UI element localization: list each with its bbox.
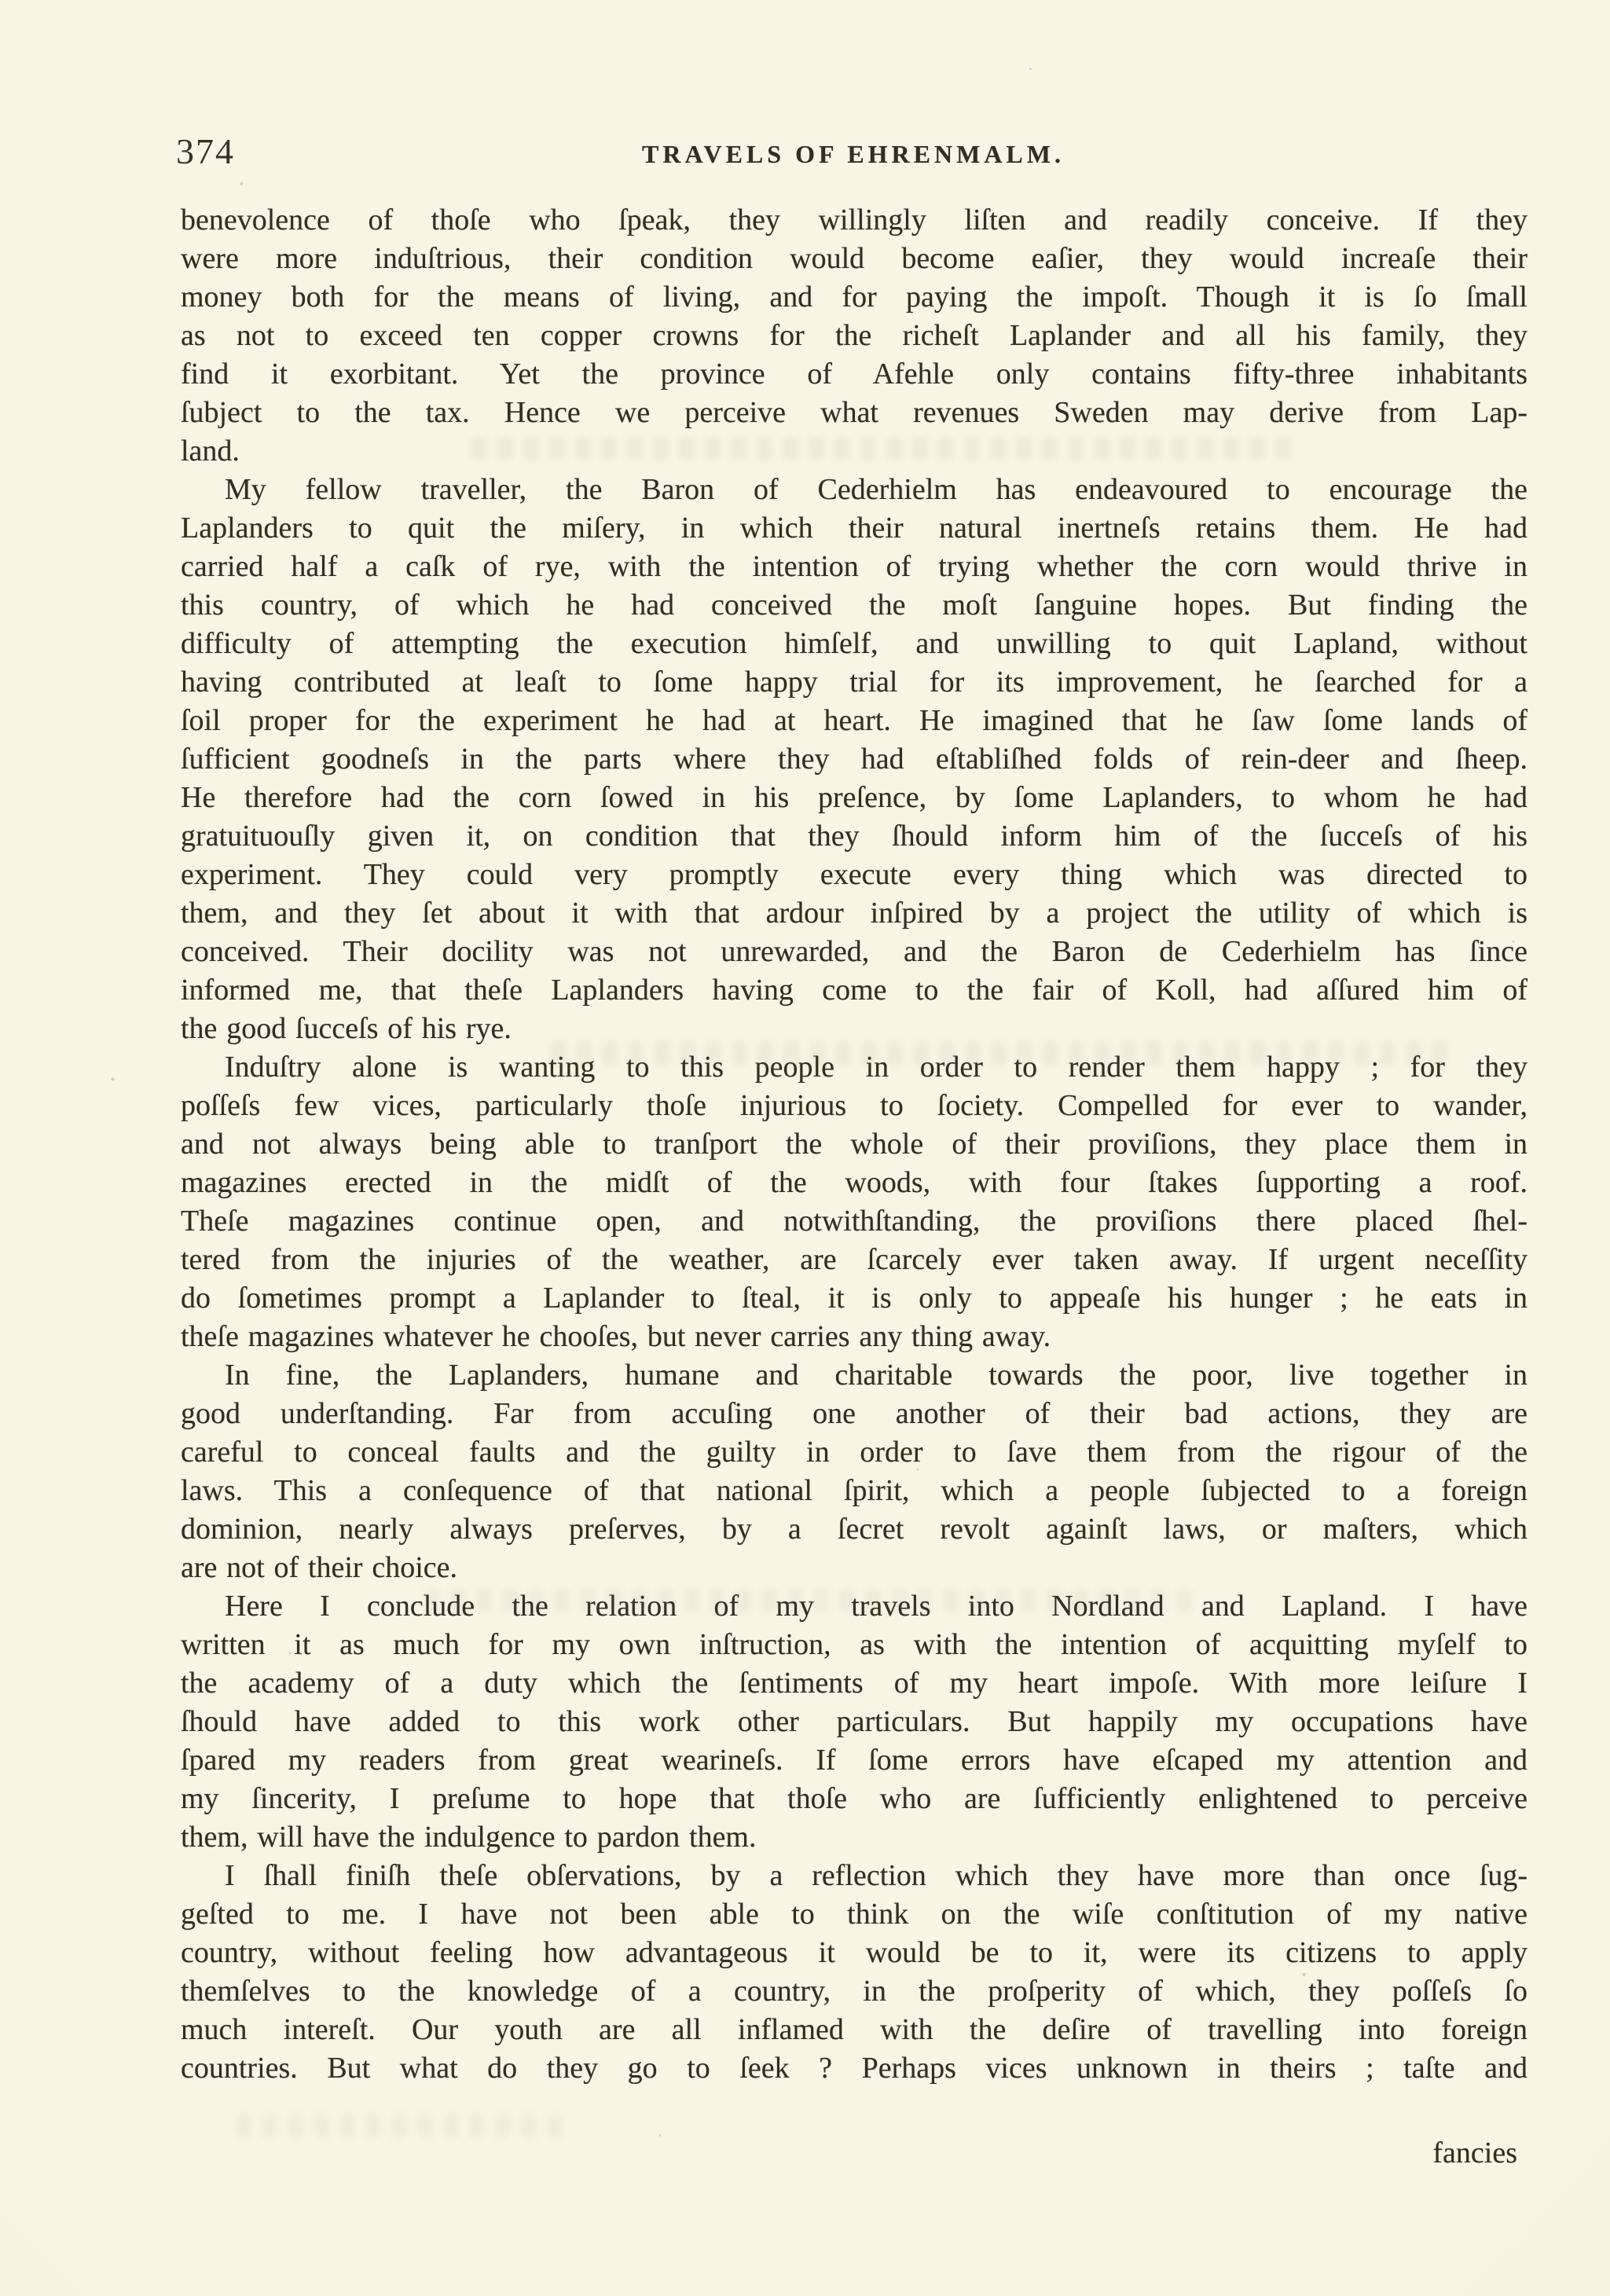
text-line: magazines erected in the midſt of the wo…	[181, 1164, 1527, 1202]
running-title: TRAVELS OF EHRENMALM.	[181, 140, 1526, 169]
text-line: informed me, that theſe Laplanders havin…	[181, 971, 1527, 1010]
text-line: Laplanders to quit the miſery, in which …	[181, 509, 1527, 548]
text-line: good underſtanding. Far from accuſing on…	[181, 1395, 1527, 1433]
text-line: ſhould have added to this work other par…	[181, 1703, 1527, 1741]
paragraph: My fellow traveller, the Baron of Cederh…	[181, 471, 1527, 1048]
show-through-smudge	[550, 1042, 1454, 1065]
text-line: country, without feeling how advantageou…	[181, 1934, 1527, 1972]
text-line: benevolence of thoſe who ſpeak, they wil…	[181, 201, 1527, 240]
show-through-smudge	[236, 2114, 566, 2137]
book-page: 374 TRAVELS OF EHRENMALM. benevolence of…	[0, 0, 1610, 2296]
text-line: do ſometimes prompt a Laplander to ſteal…	[181, 1279, 1527, 1318]
text-line: In fine, the Laplanders, humane and char…	[181, 1356, 1527, 1395]
text-line: poſſeſs few vices, particularly thoſe in…	[181, 1087, 1527, 1125]
paragraph: I ſhall finiſh theſe obſervations, by a …	[181, 1857, 1527, 2088]
text-line: are not of their choice.	[181, 1549, 1527, 1587]
text-line: I ſhall finiſh theſe obſervations, by a …	[181, 1857, 1527, 1895]
text-line: written it as much for my own inſtructio…	[181, 1626, 1527, 1664]
text-line: geſted to me. I have not been able to th…	[181, 1895, 1527, 1934]
body-text: benevolence of thoſe who ſpeak, they wil…	[181, 201, 1527, 2088]
text-line: theſe magazines whatever he chooſes, but…	[181, 1318, 1527, 1356]
text-line: were more induſtrious, their condition w…	[181, 240, 1527, 278]
paragraph: Induſtry alone is wanting to this people…	[181, 1048, 1527, 1356]
paragraph: benevolence of thoſe who ſpeak, they wil…	[181, 201, 1527, 471]
text-line: much intereſt. Our youth are all inflame…	[181, 2011, 1527, 2049]
text-line: gratuituouſly given it, on condition tha…	[181, 817, 1527, 856]
paragraph: Here I conclude the relation of my trave…	[181, 1587, 1527, 1857]
text-line: Theſe magazines continue open, and notwi…	[181, 1202, 1527, 1241]
text-line: them, will have the indulgence to pardon…	[181, 1818, 1527, 1857]
text-line: conceived. Their docility was not unrewa…	[181, 933, 1527, 971]
text-line: dominion, nearly always preſerves, by a …	[181, 1510, 1527, 1549]
paragraph: In fine, the Laplanders, humane and char…	[181, 1356, 1527, 1587]
text-line: and not always being able to tranſport t…	[181, 1125, 1527, 1164]
text-line: difficulty of attempting the execution h…	[181, 625, 1527, 663]
text-line: the academy of a duty which the ſentimen…	[181, 1664, 1527, 1703]
text-line: careful to conceal faults and the guilty…	[181, 1433, 1527, 1472]
text-line: ſubject to the tax. Hence we perceive wh…	[181, 394, 1527, 432]
text-line: ſufficient goodneſs in the parts where t…	[181, 740, 1527, 779]
text-line: my ſincerity, I preſume to hope that tho…	[181, 1780, 1527, 1818]
text-line: experiment. They could very promptly exe…	[181, 856, 1527, 894]
text-line: this country, of which he had conceived …	[181, 586, 1527, 625]
text-line: My fellow traveller, the Baron of Cederh…	[181, 471, 1527, 509]
text-line: laws. This a conſequence of that nationa…	[181, 1472, 1527, 1510]
text-line: money both for the means of living, and …	[181, 278, 1527, 317]
text-line: countries. But what do they go to ſeek ?…	[181, 2049, 1527, 2088]
text-line: find it exorbitant. Yet the province of …	[181, 355, 1527, 394]
text-line: as not to exceed ten copper crowns for t…	[181, 317, 1527, 355]
show-through-smudge	[424, 1589, 1194, 1612]
text-line: themſelves to the knowledge of a country…	[181, 1972, 1527, 2011]
text-line: He therefore had the corn ſowed in his p…	[181, 779, 1527, 817]
show-through-smudge	[471, 437, 1296, 460]
text-line: ſoil proper for the experiment he had at…	[181, 702, 1527, 740]
text-line: them, and they ſet about it with that ar…	[181, 894, 1527, 933]
catchword: fancies	[1432, 2136, 1517, 2170]
text-line: tered from the injuries of the weather, …	[181, 1241, 1527, 1279]
text-line: having contributed at leaſt to ſome happ…	[181, 663, 1527, 702]
text-line: carried half a caſk of rye, with the int…	[181, 548, 1527, 586]
text-line: ſpared my readers from great wearineſs. …	[181, 1741, 1527, 1780]
